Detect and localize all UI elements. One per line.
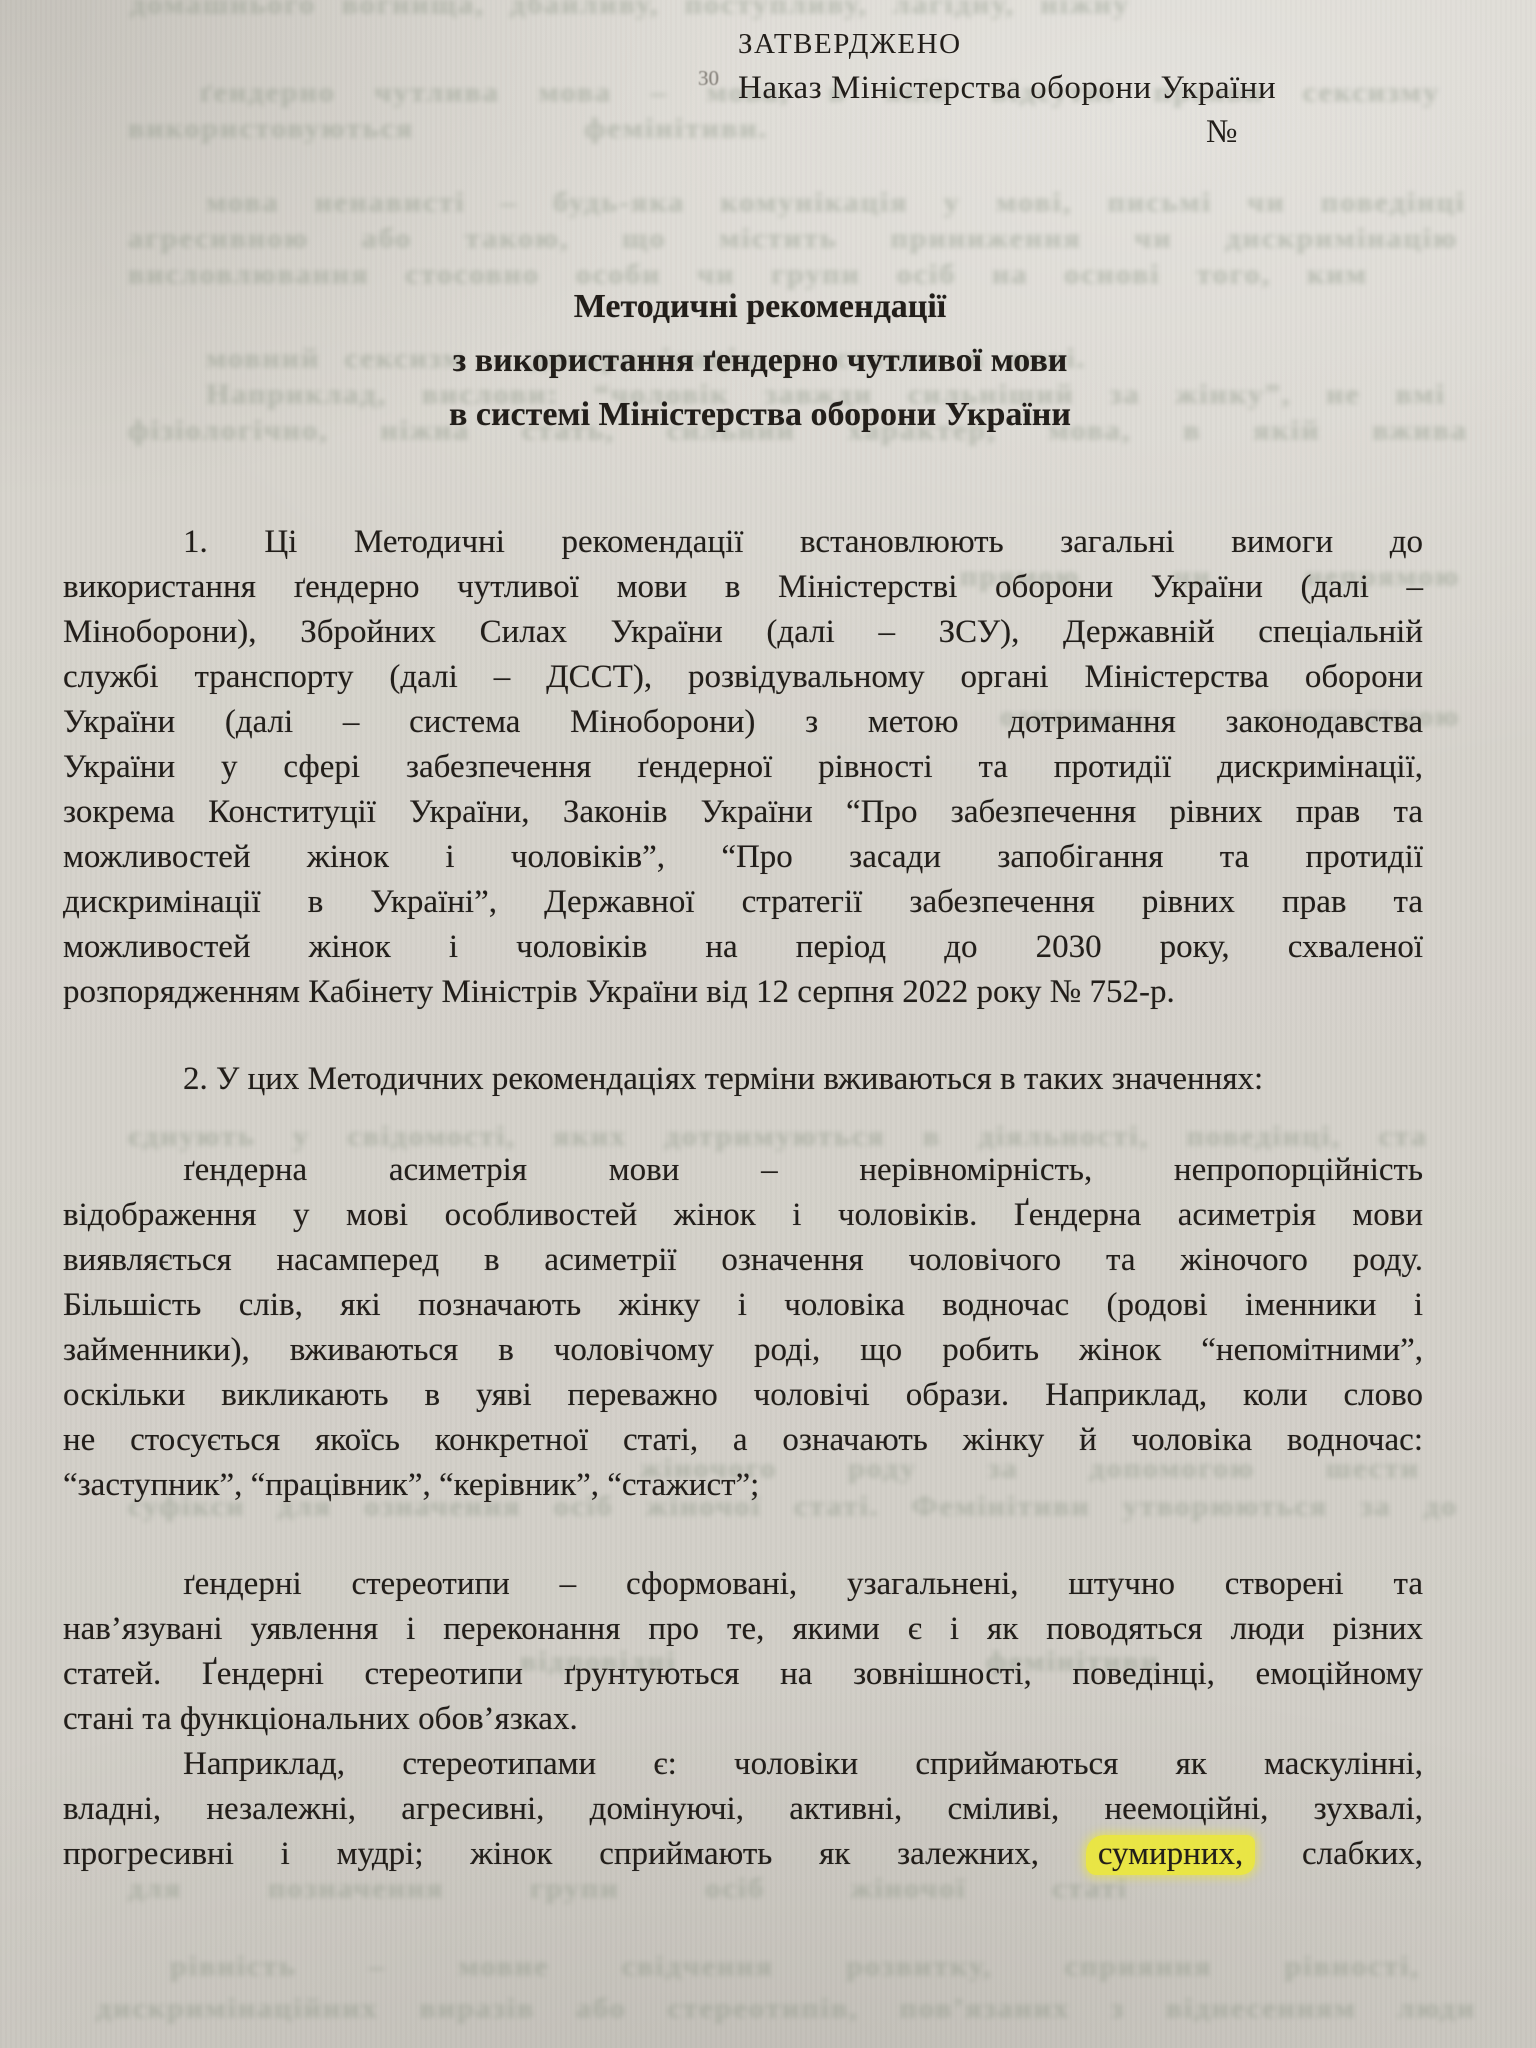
text-line: 1. Ці Методичні рекомендації встановлюют…	[63, 520, 1423, 565]
bleedthrough-text-line: використовуються фемінітиви.	[128, 113, 768, 145]
bleedthrough-text-line: дискримінаційних виразів або стереотипів…	[96, 1993, 1476, 2025]
bleedthrough-text-line: рівність – мовне свідчення розвитку, спр…	[170, 1951, 1420, 1983]
highlight-mark: сумирних,	[1086, 1835, 1255, 1875]
text-line: статей. Ґендерні стереотипи ґрунтуються …	[63, 1652, 1423, 1697]
paragraph-2: 2. У цих Методичних рекомендаціях термін…	[63, 1057, 1423, 1102]
text-line: можливостей жінок і чоловіків на період …	[63, 925, 1423, 970]
text-line: оскільки викликають в уяві переважно чол…	[63, 1373, 1423, 1418]
paragraph-1: 1. Ці Методичні рекомендації встановлюют…	[63, 520, 1423, 1015]
doc-title-line-2: з використання ґендерно чутливої мови	[0, 334, 1520, 388]
text-line: зокрема Конституції України, Законів Укр…	[63, 790, 1423, 835]
text-line: не стосується якоїсь конкретної статі, а…	[63, 1418, 1423, 1463]
text-line: 2. У цих Методичних рекомендаціях термін…	[63, 1057, 1423, 1102]
text-line: службі транспорту (далі – ДССТ), розвіду…	[63, 655, 1423, 700]
text-line: ґендерна асиметрія мови – нерівномірніст…	[63, 1148, 1423, 1193]
paragraph-3: ґендерна асиметрія мови – нерівномірніст…	[63, 1148, 1423, 1508]
approval-block: ЗАТВЕРДЖЕНО Наказ Міністерства оборони У…	[738, 22, 1438, 154]
text-segment: прогресивні і мудрі; жінок сприймають як…	[63, 1836, 1039, 1872]
text-line: нав’язувані уявлення і переконання про т…	[63, 1607, 1423, 1652]
text-line: України (далі – система Міноборони) з ме…	[63, 700, 1423, 745]
doc-title-line-3: в системі Міністерства оборони України	[0, 388, 1520, 442]
approval-number-sign: №	[1206, 110, 1438, 154]
paragraph-4-and-5: ґендерні стереотипи – сформовані, узагал…	[63, 1562, 1423, 1877]
text-line-with-highlight: прогресивні і мудрі; жінок сприймають як…	[63, 1832, 1423, 1877]
text-segment: слабких,	[1302, 1836, 1423, 1872]
approval-order-line: Наказ Міністерства оборони України	[738, 66, 1438, 110]
bleedthrough-text-line: агресивною або такою, що містить приниже…	[128, 223, 1458, 255]
text-line: України у сфері забезпечення ґендерної р…	[63, 745, 1423, 790]
text-line: займенники), вживаються в чоловічому род…	[63, 1328, 1423, 1373]
text-line: відображення у мові особливостей жінок і…	[63, 1193, 1423, 1238]
scanned-document-page: { "doc": { "approval": { "approved": "ЗА…	[0, 0, 1536, 2048]
document-title: Методичні рекомендації з використання ґе…	[0, 280, 1520, 442]
bleedthrough-text-line: домашнього вогнища, дбайливу, поступливу…	[130, 0, 1130, 21]
bleedthrough-text-line: для позначення групи осіб жіночої статі	[128, 1873, 1128, 1905]
bleedthrough-text-line: мова ненависті – будь-яка комунікація у …	[206, 187, 1466, 219]
text-line: дискримінації в Україні”, Державної стра…	[63, 880, 1423, 925]
text-line: ґендерні стереотипи – сформовані, узагал…	[63, 1562, 1423, 1607]
text-line: використання ґендерно чутливої мови в Мі…	[63, 565, 1423, 610]
text-line: можливостей жінок і чоловіків”, “Про зас…	[63, 835, 1423, 880]
text-line: виявляється насамперед в асиметрії означ…	[63, 1238, 1423, 1283]
text-line: Наприклад, стереотипами є: чоловіки спри…	[63, 1742, 1423, 1787]
faint-corner-mark: 30	[698, 66, 719, 91]
text-line: стані та функціональних обов’язках.	[63, 1697, 1423, 1742]
approval-approved-label: ЗАТВЕРДЖЕНО	[738, 22, 1438, 66]
text-line: Більшість слів, які позначають жінку і ч…	[63, 1283, 1423, 1328]
text-line: Міноборони), Збройних Силах України (дал…	[63, 610, 1423, 655]
text-line: “заступник”, “працівник”, “керівник”, “с…	[63, 1463, 1423, 1508]
text-line: розпорядженням Кабінету Міністрів Україн…	[63, 970, 1423, 1015]
doc-title-line-1: Методичні рекомендації	[0, 280, 1520, 334]
text-line: владні, незалежні, агресивні, домінуючі,…	[63, 1787, 1423, 1832]
